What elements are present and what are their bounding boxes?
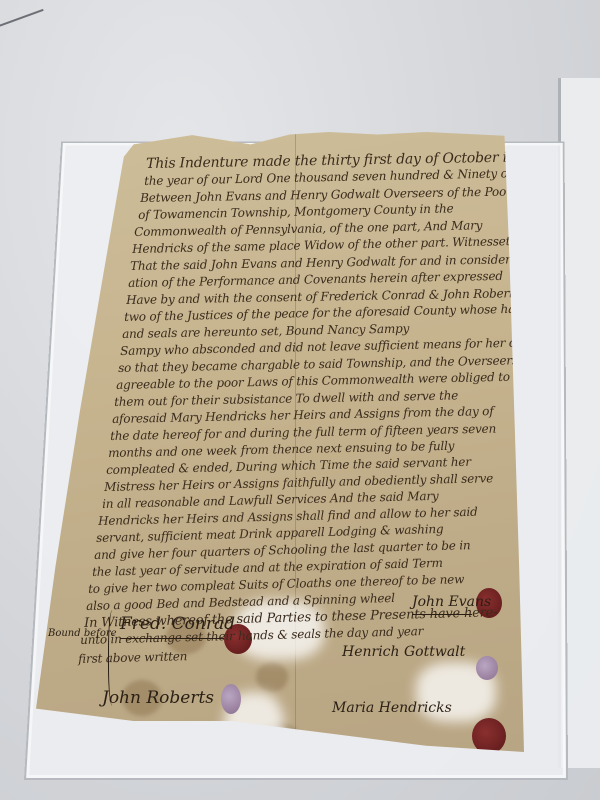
text-line: first above written	[78, 649, 187, 666]
bound-before-label: Bound before	[48, 628, 117, 639]
signature-maria-hendricks: Maria Hendricks	[332, 700, 452, 716]
signature-fred-conrad: Fred. Conrad	[120, 614, 235, 634]
photo-scene: This Indenture made the thirty first day…	[0, 0, 600, 800]
signature-underline	[120, 638, 224, 639]
signature-underline	[412, 614, 472, 615]
signature-john-roberts: John Roberts	[102, 688, 214, 708]
signature-henrich-gottwalt: Henrich Gottwalt	[342, 644, 465, 660]
text-line: Between John Evans and Henry Godwalt Ove…	[140, 185, 512, 205]
adjacent-sleeve-edge	[0, 0, 44, 31]
signature-john-evans: John Evans	[412, 594, 491, 610]
